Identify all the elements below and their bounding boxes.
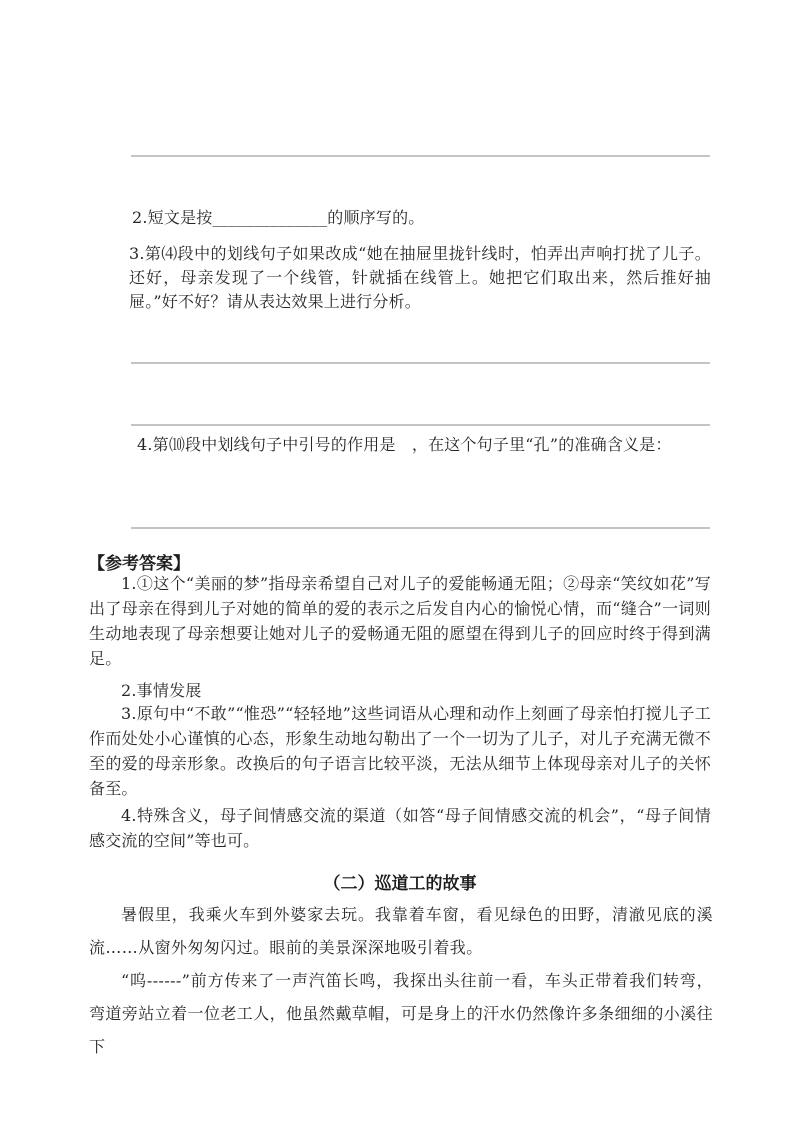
section-2-title: （二）巡道工的故事 [89, 869, 711, 894]
question-4: 4.第⑽段中划线句子中引号的作用是 ，在这个句子里“孔”的准确含义是： [137, 433, 712, 457]
story-paragraph-2: “呜------”前方传来了一声汽笛长鸣，我探出头往前一看，车头正带着我们转弯，… [89, 964, 713, 1063]
reference-answer-2: 2.事情发展 [89, 678, 711, 703]
reference-answer-3: 3.原句中“不敢”“惟恐”“轻轻地”这些词语从心理和动作上刻画了母亲怕打搅儿子工… [89, 701, 711, 801]
question-2: 2.短文是按______________的顺序写的。 [132, 206, 707, 230]
answer-blank-line [131, 527, 710, 529]
reference-answer-1: 1.①这个“美丽的梦”指母亲希望自己对儿子的爱能畅通无阻；②母亲“笑纹如花”写出… [89, 571, 711, 671]
story-paragraph-1: 暑假里，我乘火车到外婆家去玩。我靠着车窗，看见绿色的田野，清澈见底的溪流……从窗… [89, 898, 713, 964]
reference-answer-4: 4.特殊含义，母子间情感交流的渠道（如答“母子间情感交流的机会”，“母子间情感交… [89, 803, 711, 853]
question-3: 3.第⑷段中的划线句子如果改成“她在抽屉里拢针线时，怕弄出声响打扰了儿子。还好，… [129, 242, 711, 314]
answer-blank-line [131, 362, 710, 364]
answer-blank-line [131, 155, 710, 157]
answer-blank-line [131, 424, 710, 426]
document-page: 2.短文是按______________的顺序写的。 3.第⑷段中的划线句子如果… [0, 0, 793, 1122]
